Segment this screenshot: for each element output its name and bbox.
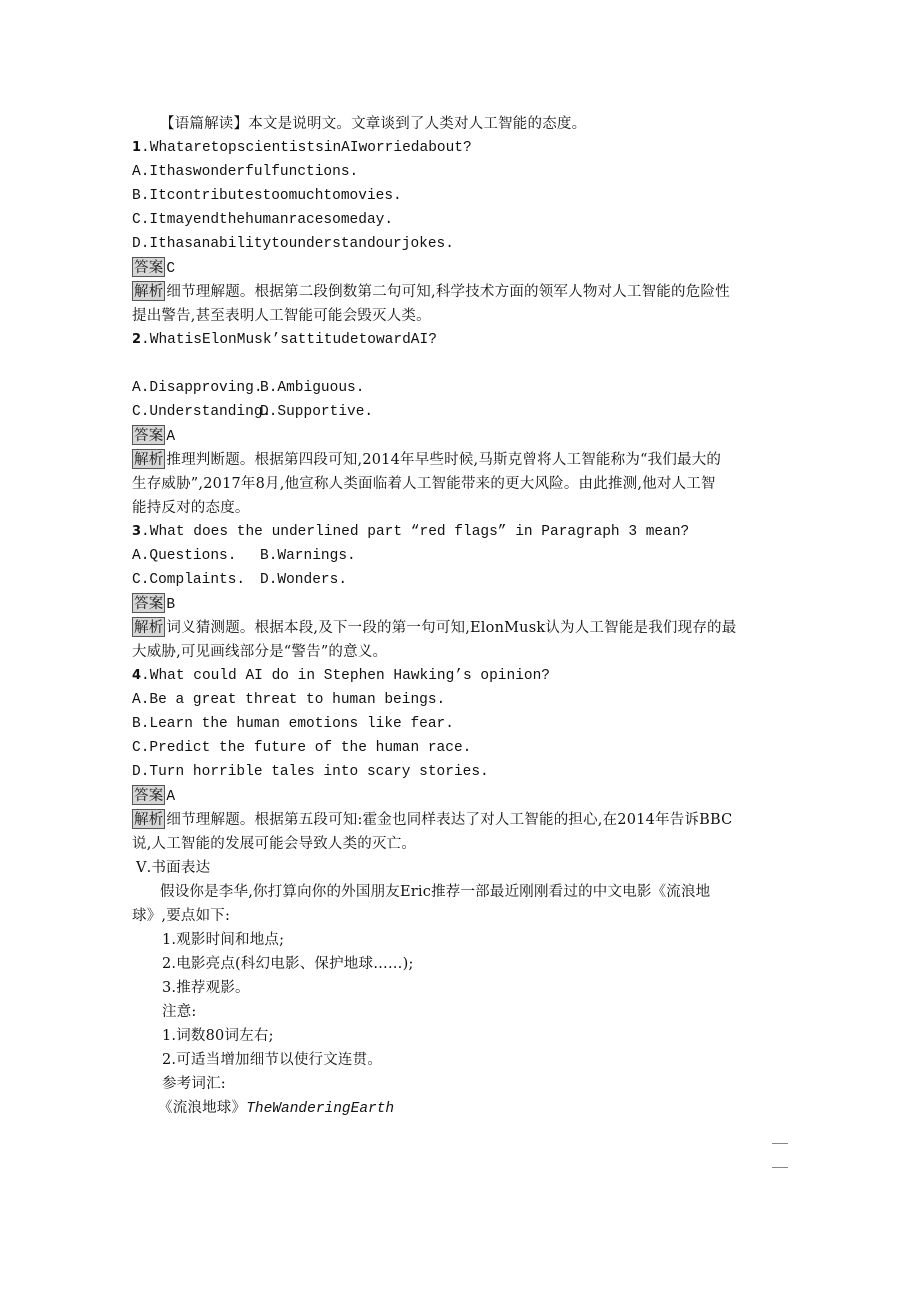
question-text: .What could AI do in Stephen Hawking’s o…: [141, 668, 550, 684]
vocab-en: TheWanderingEarth: [246, 1101, 394, 1117]
question-number: 1: [132, 140, 141, 155]
option-4d: D.Turn horrible tales into scary stories…: [132, 760, 792, 784]
answer-value: B: [166, 597, 175, 613]
analysis-row-2: 解析推理判断题。根据第四段可知,2014年早些时候,马斯克曾将人工智能称为“我们…: [132, 448, 792, 472]
question-text: .WhatisElonMusk’sattitudetowardAI?: [141, 332, 437, 348]
analysis-row-1: 解析细节理解题。根据第二段倒数第二句可知,科学技术方面的领军人物对人工智能的危险…: [132, 280, 792, 304]
question-3: 3.What does the underlined part “red fla…: [132, 520, 792, 544]
analysis-text: 细节理解题。根据第五段可知:霍金也同样表达了对人工智能的担心,在2014年告诉B…: [166, 812, 732, 828]
page-dash-mark: [772, 1167, 788, 1168]
option-3b: B.Warnings.: [260, 548, 356, 564]
option-1a: A.Ithaswonderfulfunctions.: [132, 160, 792, 184]
writing-prompt-continuation: 球》,要点如下:: [132, 904, 792, 928]
option-row: C.Understanding.D.Supportive.: [132, 400, 792, 424]
point-1: 1.观影时间和地点;: [132, 928, 792, 952]
blank-line: [132, 352, 792, 376]
option-2c: C.Understanding.: [132, 400, 260, 424]
option-row: A.Questions.B.Warnings.: [132, 544, 792, 568]
answer-value: C: [166, 261, 175, 277]
analysis-text: 推理判断题。根据第四段可知,2014年早些时候,马斯克曾将人工智能称为“我们最大…: [166, 452, 721, 468]
point-3: 3.推荐观影。: [132, 976, 792, 1000]
option-row: C.Complaints.D.Wonders.: [132, 568, 792, 592]
analysis-label: 解析: [132, 809, 165, 829]
option-1c: C.Itmayendthehumanracesomeday.: [132, 208, 792, 232]
answer-label: 答案: [132, 785, 165, 805]
option-row: A.Disapproving.B.Ambiguous.: [132, 376, 792, 400]
answer-row-4: 答案A: [132, 784, 792, 808]
question-number: 2: [132, 332, 141, 347]
question-text: .WhataretopscientistsinAIworriedabout?: [141, 140, 472, 156]
option-4b: B.Learn the human emotions like fear.: [132, 712, 792, 736]
answer-label: 答案: [132, 425, 165, 445]
vocab-entry: 《流浪地球》TheWanderingEarth: [132, 1096, 792, 1120]
option-4a: A.Be a great threat to human beings.: [132, 688, 792, 712]
analysis-label: 解析: [132, 617, 165, 637]
answer-row-3: 答案B: [132, 592, 792, 616]
analysis-continuation: 大威胁,可见画线部分是“警告”的意义。: [132, 640, 792, 664]
option-1d: D.Ithasanabilitytounderstandourjokes.: [132, 232, 792, 256]
answer-value: A: [166, 789, 175, 805]
answer-row-1: 答案C: [132, 256, 792, 280]
analysis-continuation: 说,人工智能的发展可能会导致人类的灭亡。: [132, 832, 792, 856]
note-1: 1.词数80词左右;: [132, 1024, 792, 1048]
point-2: 2.电影亮点(科幻电影、保护地球……);: [132, 952, 792, 976]
option-3a: A.Questions.: [132, 544, 260, 568]
analysis-text: 细节理解题。根据第二段倒数第二句可知,科学技术方面的领军人物对人工智能的危险性: [166, 284, 729, 300]
analysis-label: 解析: [132, 449, 165, 469]
section-title: Ⅴ.书面表达: [132, 856, 792, 880]
analysis-row-4: 解析细节理解题。根据第五段可知:霍金也同样表达了对人工智能的担心,在2014年告…: [132, 808, 792, 832]
question-2: 2.WhatisElonMusk’sattitudetowardAI?: [132, 328, 792, 352]
answer-label: 答案: [132, 593, 165, 613]
question-1: 1.WhataretopscientistsinAIworriedabout?: [132, 136, 792, 160]
option-2d: D.Supportive.: [260, 404, 373, 420]
passage-note: 【语篇解读】本文是说明文。文章谈到了人类对人工智能的态度。: [132, 112, 792, 136]
option-3d: D.Wonders.: [260, 572, 347, 588]
vocab-cn: 《流浪地球》: [158, 1100, 246, 1116]
option-2a: A.Disapproving.: [132, 376, 260, 400]
analysis-continuation: 能持反对的态度。: [132, 496, 792, 520]
question-text: .What does the underlined part “red flag…: [141, 524, 689, 540]
answer-row-2: 答案A: [132, 424, 792, 448]
notes-title: 注意:: [132, 1000, 792, 1024]
document-page: 【语篇解读】本文是说明文。文章谈到了人类对人工智能的态度。 1.Whataret…: [132, 112, 792, 1120]
analysis-continuation: 提出警告,甚至表明人工智能可能会毁灭人类。: [132, 304, 792, 328]
answer-value: A: [166, 429, 175, 445]
question-4: 4.What could AI do in Stephen Hawking’s …: [132, 664, 792, 688]
option-4c: C.Predict the future of the human race.: [132, 736, 792, 760]
analysis-label: 解析: [132, 281, 165, 301]
note-2: 2.可适当增加细节以使行文连贯。: [132, 1048, 792, 1072]
question-number: 4: [132, 668, 141, 683]
option-2b: B.Ambiguous.: [260, 380, 364, 396]
page-dash-mark: [772, 1143, 788, 1144]
question-number: 3: [132, 524, 141, 539]
writing-prompt: 假设你是李华,你打算向你的外国朋友Eric推荐一部最近刚刚看过的中文电影《流浪地: [132, 880, 792, 904]
vocab-title: 参考词汇:: [132, 1072, 792, 1096]
option-3c: C.Complaints.: [132, 568, 260, 592]
analysis-row-3: 解析词义猜测题。根据本段,及下一段的第一句可知,ElonMusk认为人工智能是我…: [132, 616, 792, 640]
option-1b: B.Itcontributestoomuchtomovies.: [132, 184, 792, 208]
answer-label: 答案: [132, 257, 165, 277]
analysis-text: 词义猜测题。根据本段,及下一段的第一句可知,ElonMusk认为人工智能是我们现…: [166, 620, 736, 636]
analysis-continuation: 生存威胁”,2017年8月,他宣称人类面临着人工智能带来的更大风险。由此推测,他…: [132, 472, 792, 496]
